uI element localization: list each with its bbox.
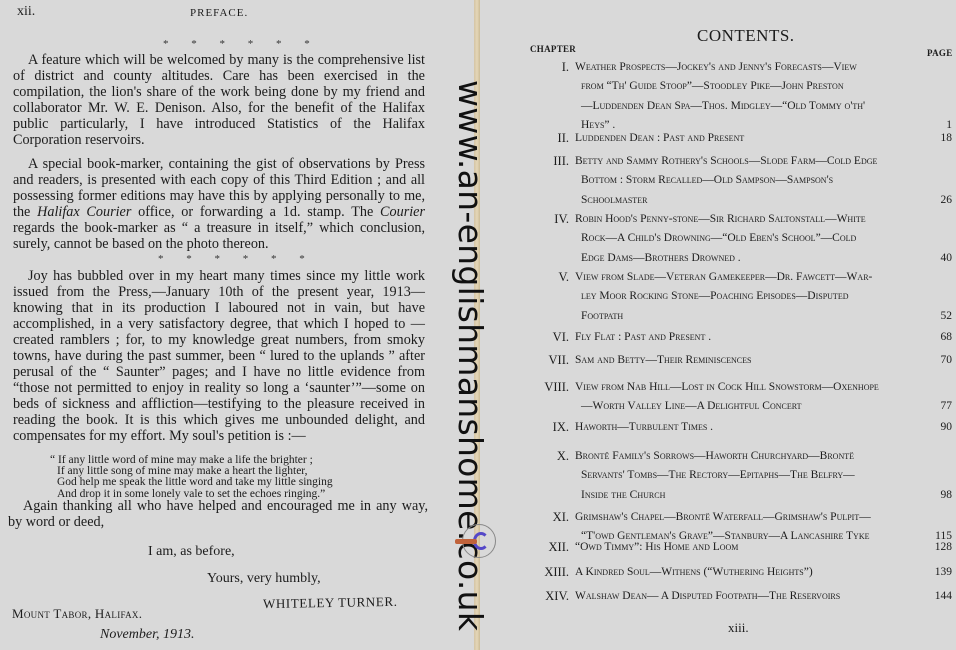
chapter-number: XI.	[492, 508, 569, 527]
chapter-title: Weather Prospects—Jockey's and Jenny's F…	[575, 58, 915, 135]
chapter-title: A Kindred Soul—Withens (“Wuthering Heigh…	[575, 563, 915, 582]
chapter-number: VII.	[492, 351, 569, 370]
page-reference: 26	[928, 191, 952, 210]
chapter-title-line: Footpath	[575, 307, 915, 326]
chapter-title-line: Robin Hood's Penny-stone—Sir Richard Sal…	[575, 210, 915, 229]
chapter-title-line: Grimshaw's Chapel—Brontë Waterfall—Grims…	[575, 508, 915, 527]
text-run: regards the book-marker as “ a treasure …	[13, 220, 425, 252]
running-head: PREFACE.	[190, 7, 248, 19]
chapter-number: VI.	[492, 328, 569, 347]
page-reference: 52	[928, 307, 952, 326]
preface-paragraph-bookmarker: A special book-marker, containing the gi…	[13, 156, 425, 252]
page-title: CONTENTS.	[697, 26, 795, 46]
chapter-title-line: Schoolmaster	[575, 191, 915, 210]
page-reference: 68	[928, 328, 952, 347]
chapter-title-line: Brontë Family's Sorrows—Haworth Churchya…	[575, 447, 915, 466]
chapter-title-line: Walshaw Dean— A Disputed Footpath—The Re…	[575, 587, 915, 606]
contents-page: CONTENTS. CHAPTER PAGE I.Weather Prospec…	[492, 0, 956, 650]
chapter-title-line: Rock—A Child's Drowning—“Old Eben's Scho…	[575, 229, 915, 248]
chapter-title-line: A Kindred Soul—Withens (“Wuthering Heigh…	[575, 563, 915, 582]
italic-title: Halifax Courier	[37, 204, 131, 220]
preface-paragraph-joy: Joy has bubbled over in my heart many ti…	[13, 268, 425, 444]
chapter-title-line: Fly Flat : Past and Present .	[575, 328, 915, 347]
chapter-title-line: Sam and Betty—Their Reminiscences	[575, 351, 915, 370]
date-line: November, 1913.	[100, 627, 195, 643]
chapter-title-line: ley Moor Rocking Stone—Poaching Episodes…	[575, 287, 915, 306]
chapter-title: Betty and Sammy Rothery's Schools—Slode …	[575, 152, 915, 210]
page-reference: 98	[928, 486, 952, 505]
chapter-number: I.	[492, 58, 569, 77]
chapter-title: View from Nab Hill—Lost in Cock Hill Sno…	[575, 378, 915, 417]
chapter-title-line: View from Slade—Veteran Gamekeeper—Dr. F…	[575, 268, 915, 287]
compass-logo-icon	[462, 524, 496, 558]
chapter-title-line: Betty and Sammy Rothery's Schools—Slode …	[575, 152, 915, 171]
chapter-title: “Owd Timmy”: His Home and Loom	[575, 538, 915, 557]
chapter-title-line: Weather Prospects—Jockey's and Jenny's F…	[575, 58, 915, 77]
chapter-title: Brontë Family's Sorrows—Haworth Churchya…	[575, 447, 915, 505]
preface-page: xii. PREFACE. * * * * * * A feature whic…	[0, 0, 462, 650]
chapter-title-line: “Owd Timmy”: His Home and Loom	[575, 538, 915, 557]
author-signature: WHITELEY TURNER.	[263, 594, 398, 612]
page-reference: 70	[928, 351, 952, 370]
preface-paragraph-altitudes: A feature which will be welcomed by many…	[13, 52, 425, 148]
chapter-number: XIV.	[492, 587, 569, 606]
closing-line: I am, as before,	[148, 544, 235, 560]
chapter-title-line: Haworth—Turbulent Times .	[575, 418, 915, 437]
preface-paragraph-thanks: Again thanking all who have helped and e…	[8, 498, 428, 530]
chapter-number: VIII.	[492, 378, 569, 397]
poem-line: God help me speak the little word and ta…	[50, 477, 333, 488]
chapter-title: Haworth—Turbulent Times .	[575, 418, 915, 437]
poem-quote: “ If any little word of mine may make a …	[50, 455, 333, 500]
place-line: Mount Tabor, Halifax.	[12, 606, 142, 622]
chapter-number: IV.	[492, 210, 569, 229]
chapter-number: XIII.	[492, 563, 569, 582]
page-reference: 139	[928, 563, 952, 582]
page-reference: 18	[928, 129, 952, 148]
chapter-title-line: —Luddenden Dean Spa—Thos. Midgley—“Old T…	[575, 97, 915, 116]
chapter-number: X.	[492, 447, 569, 466]
page-number-right: xiii.	[728, 620, 749, 636]
closing-line: Yours, very humbly,	[207, 571, 321, 587]
page-reference: 90	[928, 418, 952, 437]
column-header-chapter: CHAPTER	[530, 44, 576, 54]
book-spread: xii. PREFACE. * * * * * * A feature whic…	[0, 0, 956, 650]
column-header-page: PAGE	[927, 48, 953, 58]
page-reference: 77	[928, 397, 952, 416]
chapter-title-line: Luddenden Dean : Past and Present	[575, 129, 915, 148]
page-reference: 128	[928, 538, 952, 557]
page-number-left: xii.	[17, 4, 35, 20]
page-reference: 40	[928, 249, 952, 268]
chapter-title-line: View from Nab Hill—Lost in Cock Hill Sno…	[575, 378, 915, 397]
chapter-title-line: Inside the Church	[575, 486, 915, 505]
chapter-title-line: Bottom : Storm Recalled—Old Sampson—Samp…	[575, 171, 915, 190]
chapter-title: Luddenden Dean : Past and Present	[575, 129, 915, 148]
chapter-title: Fly Flat : Past and Present .	[575, 328, 915, 347]
chapter-title: Robin Hood's Penny-stone—Sir Richard Sal…	[575, 210, 915, 268]
chapter-title-line: Servants' Tombs—The Rectory—Epitaphs—The…	[575, 466, 915, 485]
chapter-number: V.	[492, 268, 569, 287]
chapter-title-line: —Worth Valley Line—A Delightful Concert	[575, 397, 915, 416]
chapter-title-line: from “Th' Guide Stoop”—Stoodley Pike—Joh…	[575, 77, 915, 96]
chapter-title: View from Slade—Veteran Gamekeeper—Dr. F…	[575, 268, 915, 326]
chapter-number: III.	[492, 152, 569, 171]
chapter-title-line: Edge Dams—Brothers Drowned .	[575, 249, 915, 268]
italic-title: Courier	[380, 204, 425, 220]
logo-pin	[455, 539, 477, 544]
page-reference: 144	[928, 587, 952, 606]
section-separator: * * * * * *	[163, 38, 320, 50]
chapter-title: Sam and Betty—Their Reminiscences	[575, 351, 915, 370]
chapter-number: II.	[492, 129, 569, 148]
section-separator: * * * * * *	[158, 253, 315, 265]
chapter-number: XII.	[492, 538, 569, 557]
text-run: office, or forwarding a 1d. stamp. The	[131, 204, 380, 220]
chapter-title: Walshaw Dean— A Disputed Footpath—The Re…	[575, 587, 915, 606]
chapter-number: IX.	[492, 418, 569, 437]
